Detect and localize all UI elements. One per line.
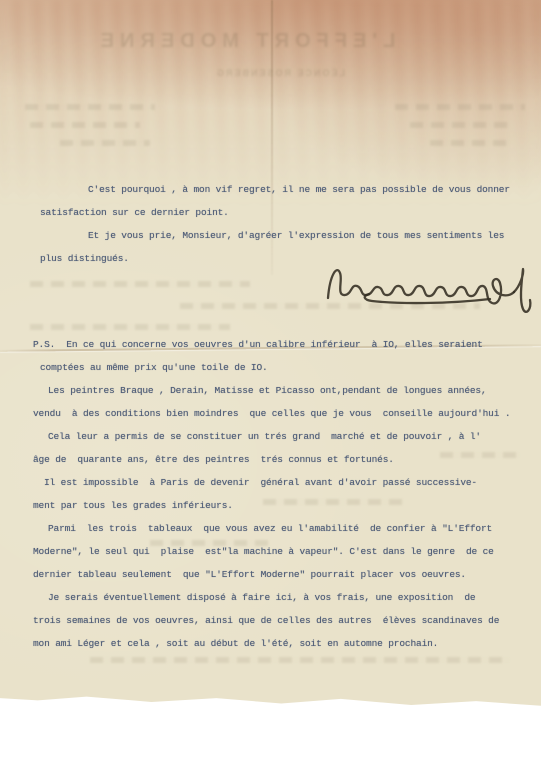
bleedthrough-smudge [30,281,250,287]
typed-line: Il est impossible à Paris de devenir gén… [44,477,477,488]
bleedthrough-smudge [395,104,525,110]
bleedthrough-smudge [30,122,140,128]
typed-line: Les peintres Braque , Derain, Matisse et… [48,385,487,396]
typed-line: vendu à des conditions bien moindres que… [33,408,510,419]
typed-line: comptées au même prix qu'une toile de IO… [40,362,268,373]
typed-line: Et je vous prie, Monsieur, d'agréer l'ex… [88,230,504,241]
typed-line: P.S. En ce qui concerne vos oeuvres d'un… [33,339,483,350]
bleedthrough-smudge [90,657,510,663]
typed-line: âge de quarante ans, être des peintres t… [33,454,394,465]
typed-line: Parmi les trois tableaux que vous avez e… [48,523,492,534]
typed-line: Moderne", le seul qui plaise est"la mach… [33,546,494,557]
bleedthrough-smudge [410,122,510,128]
typed-line: ment par tous les grades inférieurs. [33,500,233,511]
bleedthrough-smudge [25,104,155,110]
typed-line: trois semaines de vos oeuvres, ainsi que… [33,615,499,626]
typed-line: C'est pourquoi , à mon vif regret, il ne… [88,184,510,195]
bleedthrough-smudge [440,452,520,458]
bleedthrough-smudge [263,499,403,505]
letter-paper: L'EFFORT MODERNE LÉONCE ROSENBERG C'est … [0,0,541,768]
bleedthrough-smudge [430,140,510,146]
typed-line: satisfaction sur ce dernier point. [40,207,229,218]
bleedthrough-letterhead-name: LÉONCE ROSENBERG [205,68,355,78]
typed-line: Je serais éventuellement disposé à faire… [48,592,475,603]
signature-autograph [318,254,541,332]
typed-line: dernier tableau seulement que "L'Effort … [33,569,466,580]
typed-line: Cela leur a permis de se constituer un t… [48,431,481,442]
scanned-letter-page: L'EFFORT MODERNE LÉONCE ROSENBERG C'est … [0,0,541,768]
bleedthrough-letterhead-title: L'EFFORT MODERNE [90,30,400,53]
bleedthrough-smudge [60,140,150,146]
typed-line: mon ami Léger et cela , soit au début de… [33,638,438,649]
typed-line: plus distingués. [40,253,129,264]
bleedthrough-smudge [30,324,230,330]
